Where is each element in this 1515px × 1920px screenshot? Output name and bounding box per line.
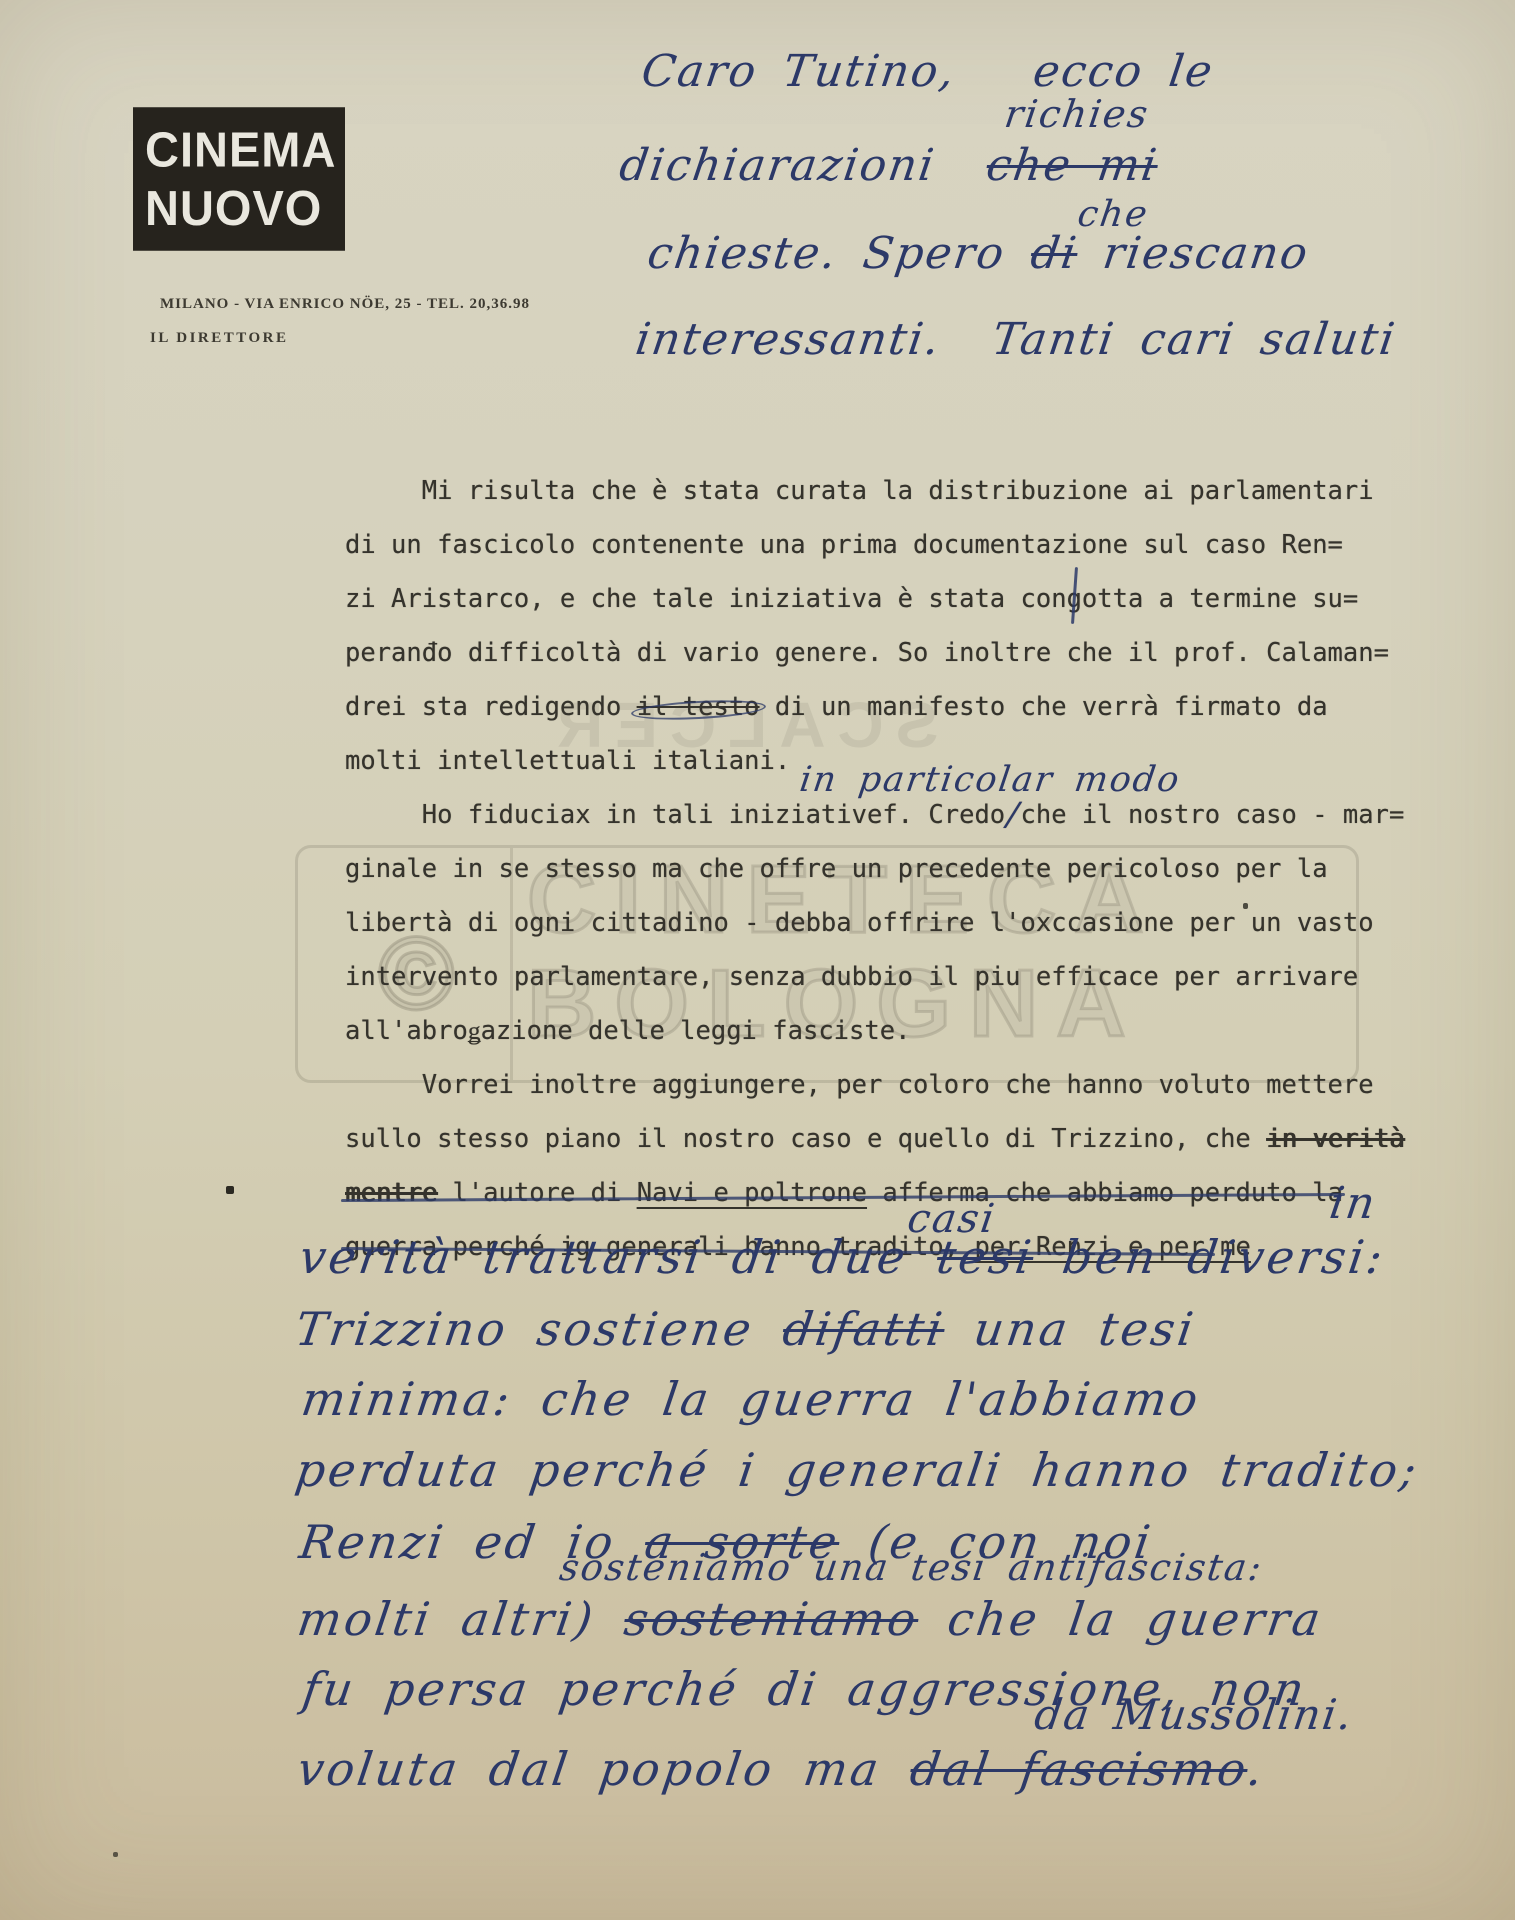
handwritten-insertion: da Mussolini. [1032,1690,1357,1739]
cinema-nuovo-logo: CINEMA NUOVO [133,107,345,251]
handwritten-line: Caro Tutino, ecco le [638,46,1217,97]
handwritten-line: Trizzino sostiene difatti una tesi [292,1302,1199,1356]
handwritten-insertion: richies [1002,92,1152,136]
logo-line-2: NUOVO [145,179,345,237]
typed-line: Vorrei inoltre aggiungere, per coloro ch… [345,1058,1374,1112]
typed-line: libertà di ogni cittadino - debba offrir… [345,896,1374,950]
typed-line: molti intellettuali italiani. [345,734,790,788]
handwritten-line: interessanti. Tanti cari saluti [632,314,1399,365]
logo-line-1: CINEMA [145,121,345,179]
letterhead-address: MILANO - VIA ENRICO NÖE, 25 - TEL. 20,36… [160,296,530,313]
handwritten-insertion: in [1326,1178,1380,1229]
handwritten-line: voluta dal popolo ma dal fascismo. [294,1742,1269,1796]
handwritten-line: dichiarazioni che mi [616,140,1161,191]
handwritten-insertion: che [1075,194,1151,235]
ink-speck [113,1852,118,1857]
ink-speck [1243,903,1248,909]
handwritten-line: verità trattarsi di due tesi ben diversi… [296,1230,1389,1284]
handwritten-insertion: in particolar modo [797,760,1183,800]
letterhead-role: IL DIRETTORE [150,330,289,347]
ink-speck [226,1186,234,1194]
typed-line: ginale in se stesso ma che offre un prec… [345,842,1328,896]
typed-line: sullo stesso piano il nostro caso e quel… [345,1112,1404,1166]
typewritten-body: Mi risulta che è stata curata la distrib… [345,464,1404,1274]
typed-line: drei sta redigendo il testo di un manife… [345,680,1328,734]
handwritten-line: minima: che la guerra l'abbiamo [298,1372,1204,1426]
handwritten-line: molti altri) sosteniamo che la guerra [294,1592,1326,1646]
handwritten-insertion: casi [905,1196,999,1242]
typed-line: peranđo difficoltà di vario genere. So i… [345,626,1389,680]
typed-line: Mi risulta che è stata curata la distrib… [345,464,1374,518]
typed-line: zi Aristarco, e che tale iniziativa è st… [345,572,1358,626]
typed-line: mentre l'autore di Navi e poltrone affer… [345,1166,1343,1220]
scanned-letter-page: CINEMA NUOVO MILANO - VIA ENRICO NÖE, 25… [0,0,1515,1920]
handwritten-insertion: sosteniamo una tesi antifascista: [557,1546,1266,1589]
handwritten-line: chieste. Spero di riescano [644,228,1312,279]
typed-line: intervento parlamentare, senza dubbio il… [345,950,1358,1004]
typed-line: all'abroǥazione delle leggi fasciste. [345,1004,910,1058]
handwritten-line: perduta perché i generali hanno tradito; [292,1443,1422,1497]
typed-line: di un fascicolo contenente una prima doc… [345,518,1343,572]
